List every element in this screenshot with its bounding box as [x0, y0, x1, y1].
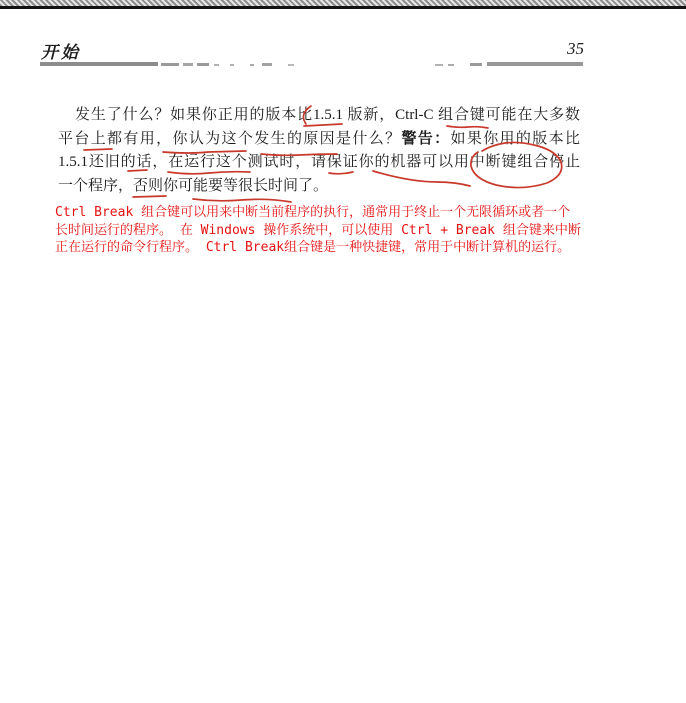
note-line-2: 长时间运行的程序。 在 Windows 操作系统中，可以使用 Ctrl + Br…: [55, 222, 580, 240]
paragraph-line-2: 平台上都有用，你认为这个发生的原因是什么？警告：如果你用的版本比: [58, 128, 580, 151]
paragraph-line-2-post: 如果你用的版本比: [451, 131, 580, 147]
warning-label: 警告：: [401, 131, 450, 147]
scan-artifact-black-line: [0, 6, 686, 9]
paragraph-line-4: 一个程序，否则你可能要等很长时间了。: [58, 175, 580, 198]
paragraph-line-2-pre: 平台上都有用，你认为这个发生的原因是什么？: [58, 131, 401, 147]
ink-underline-kenengyaodeng-henchang: [193, 199, 291, 202]
red-annotation-note: Ctrl Break 组合键可以用来中断当前程序的执行，通常用于终止一个无限循环…: [55, 204, 580, 257]
scanned-book-page: 开始 35 发生了什么？如果你正用的版本比1.5.1 版新，Ctrl-C 组合键…: [0, 0, 686, 703]
note-line-1: Ctrl Break 组合键可以用来中断当前程序的执行，通常用于终止一个无限循环…: [55, 204, 580, 222]
paragraph-line-3: 1.5.1还旧的话，在运行这个测试时，请保证你的机器可以用中断键组合停止: [58, 151, 580, 174]
header-page-number: 35: [556, 39, 584, 59]
note-line-3: 正在运行的命令行程序。 Ctrl Break组合键是一种快捷键，常用于中断计算机…: [55, 239, 580, 257]
paragraph-line-1: 发生了什么？如果你正用的版本比1.5.1 版新，Ctrl-C 组合键可能在大多数: [58, 104, 580, 127]
header-chapter-title: 开始: [41, 38, 81, 63]
